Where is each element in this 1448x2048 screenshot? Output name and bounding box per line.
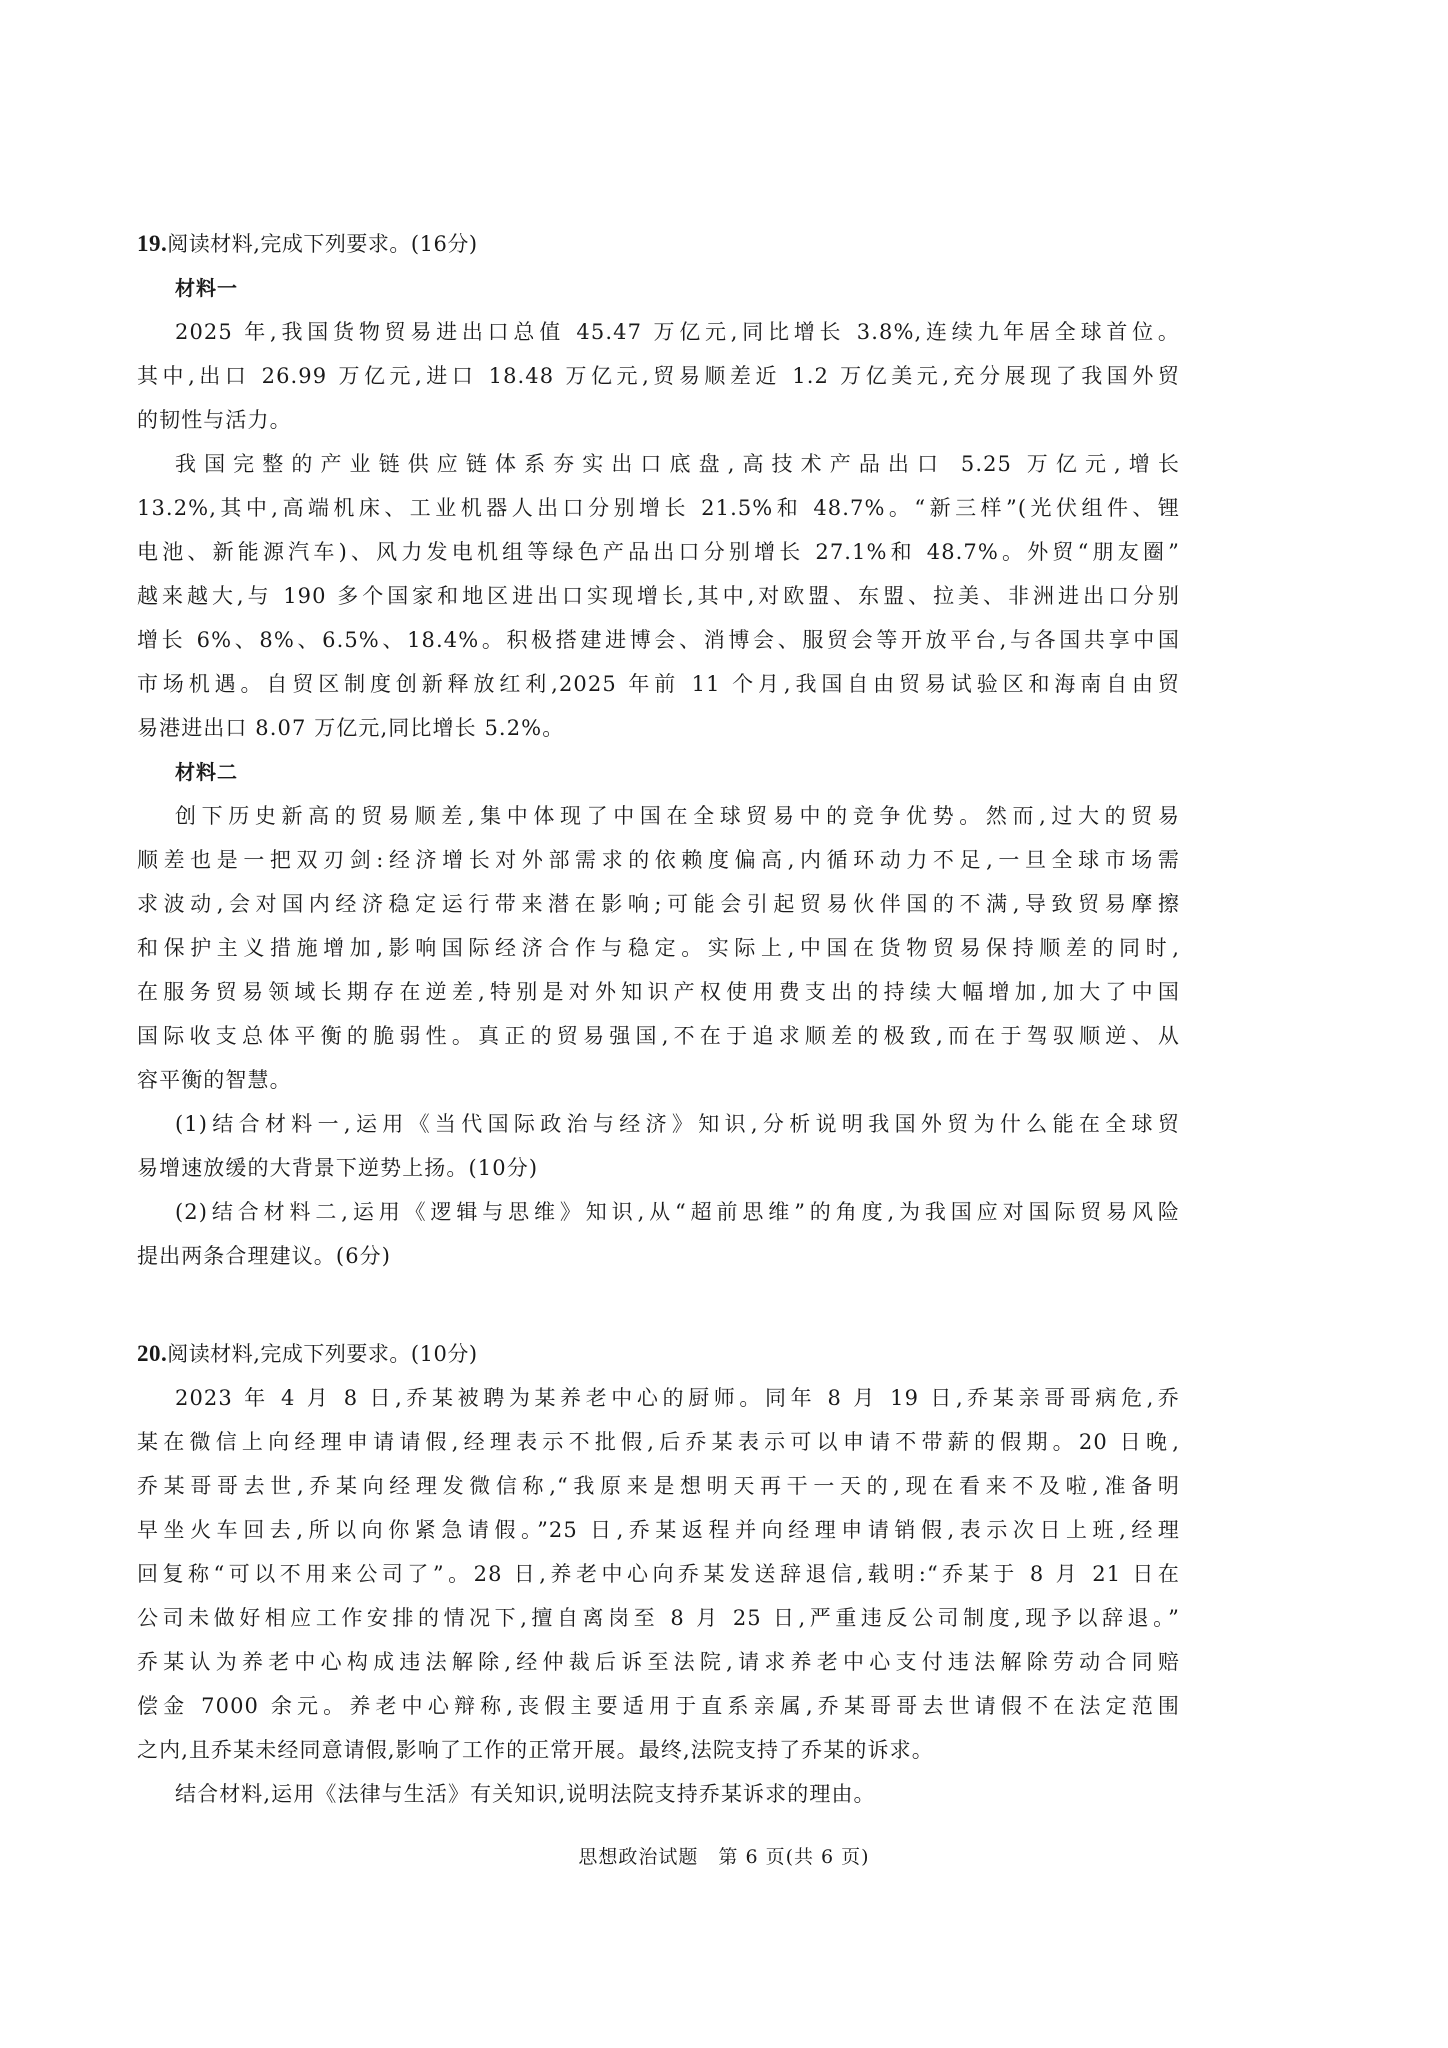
page-footer: 思想政治试题第 6 页(共 6 页) xyxy=(0,1842,1448,1869)
question-number: 19. xyxy=(137,231,167,256)
footer-page-number: 第 6 页(共 6 页) xyxy=(718,1846,869,1868)
text-line: 越来越大,与 190 多个国家和地区进出口实现增长,其中,对欧盟、东盟、拉美、非… xyxy=(137,574,1180,618)
question-20-prompt: 结合材料,运用《法律与生活》有关知识,说明法院支持乔某诉求的理由。 xyxy=(137,1772,1180,1816)
text-line: 2025 年,我国货物贸易进出口总值 45.47 万亿元,同比增长 3.8%,连… xyxy=(137,310,1180,354)
material-2-body: 创下历史新高的贸易顺差,集中体现了中国在全球贸易中的竞争优势。然而,过大的贸易 … xyxy=(137,794,1180,1102)
text-line: 顺差也是一把双刃剑:经济增长对外部需求的依赖度偏高,内循环动力不足,一旦全球市场… xyxy=(137,838,1180,882)
question-20-body: 2023 年 4 月 8 日,乔某被聘为某养老中心的厨师。同年 8 月 19 日… xyxy=(137,1376,1180,1772)
material-1-label: 材料一 xyxy=(137,266,1180,310)
sub-question-2: (2)结合材料二,运用《逻辑与思维》知识,从“超前思维”的角度,为我国应对国际贸… xyxy=(137,1190,1180,1278)
text-line: (2)结合材料二,运用《逻辑与思维》知识,从“超前思维”的角度,为我国应对国际贸… xyxy=(137,1190,1180,1234)
text-line: 国际收支总体平衡的脆弱性。真正的贸易强国,不在于追求顺差的极致,而在于驾驭顺逆、… xyxy=(137,1014,1180,1058)
material-2-label: 材料二 xyxy=(137,750,1180,794)
text-line: 回复称“可以不用来公司了”。28 日,养老中心向乔某发送辞退信,载明:“乔某于 … xyxy=(137,1552,1180,1596)
text-line: 增长 6%、8%、6.5%、18.4%。积极搭建进博会、消博会、服贸会等开放平台… xyxy=(137,618,1180,662)
text-line: 易增速放缓的大背景下逆势上扬。(10分) xyxy=(137,1146,1180,1190)
text-line: 早坐火车回去,所以向你紧急请假。”25 日,乔某返程并向经理申请销假,表示次日上… xyxy=(137,1508,1180,1552)
sub-question-1: (1)结合材料一,运用《当代国际政治与经济》知识,分析说明我国外贸为什么能在全球… xyxy=(137,1102,1180,1190)
footer-subject: 思想政治试题 xyxy=(578,1846,698,1868)
text-line: 电池、新能源汽车)、风力发电机组等绿色产品出口分别增长 27.1%和 48.7%… xyxy=(137,530,1180,574)
text-line: 我国完整的产业链供应链体系夯实出口底盘,高技术产品出口 5.25 万亿元,增长 xyxy=(137,442,1180,486)
question-19-title: 19.阅读材料,完成下列要求。(16分) xyxy=(137,222,1180,266)
text-line: 求波动,会对国内经济稳定运行带来潜在影响;可能会引起贸易伙伴国的不满,导致贸易摩… xyxy=(137,882,1180,926)
text-line: 容平衡的智慧。 xyxy=(137,1058,1180,1102)
text-line: 之内,且乔某未经同意请假,影响了工作的正常开展。最终,法院支持了乔某的诉求。 xyxy=(137,1728,1180,1772)
material-1-body: 2025 年,我国货物贸易进出口总值 45.47 万亿元,同比增长 3.8%,连… xyxy=(137,310,1180,750)
text-line: 乔某哥哥去世,乔某向经理发微信称,“我原来是想明天再干一天的,现在看来不及啦,准… xyxy=(137,1464,1180,1508)
text-line: 在服务贸易领域长期存在逆差,特别是对外知识产权使用费支出的持续大幅增加,加大了中… xyxy=(137,970,1180,1014)
question-20-title: 20.阅读材料,完成下列要求。(10分) xyxy=(137,1332,1180,1376)
text-line: 偿金 7000 余元。养老中心辩称,丧假主要适用于直系亲属,乔某哥哥去世请假不在… xyxy=(137,1684,1180,1728)
text-line: 乔某认为养老中心构成违法解除,经仲裁后诉至法院,请求养老中心支付违法解除劳动合同… xyxy=(137,1640,1180,1684)
text-line: 提出两条合理建议。(6分) xyxy=(137,1234,1180,1278)
text-line: 创下历史新高的贸易顺差,集中体现了中国在全球贸易中的竞争优势。然而,过大的贸易 xyxy=(137,794,1180,838)
text-line: (1)结合材料一,运用《当代国际政治与经济》知识,分析说明我国外贸为什么能在全球… xyxy=(137,1102,1180,1146)
text-line: 和保护主义措施增加,影响国际经济合作与稳定。实际上,中国在货物贸易保持顺差的同时… xyxy=(137,926,1180,970)
text-line: 2023 年 4 月 8 日,乔某被聘为某养老中心的厨师。同年 8 月 19 日… xyxy=(137,1376,1180,1420)
question-number: 20. xyxy=(137,1341,167,1366)
text-line: 易港进出口 8.07 万亿元,同比增长 5.2%。 xyxy=(137,706,1180,750)
exam-page: 19.阅读材料,完成下列要求。(16分) 材料一 2025 年,我国货物贸易进出… xyxy=(137,222,1180,1816)
text-line: 市场机遇。自贸区制度创新释放红利,2025 年前 11 个月,我国自由贸易试验区… xyxy=(137,662,1180,706)
text-line: 公司未做好相应工作安排的情况下,擅自离岗至 8 月 25 日,严重违反公司制度,… xyxy=(137,1596,1180,1640)
text-line: 其中,出口 26.99 万亿元,进口 18.48 万亿元,贸易顺差近 1.2 万… xyxy=(137,354,1180,398)
text-line: 13.2%,其中,高端机床、工业机器人出口分别增长 21.5%和 48.7%。“… xyxy=(137,486,1180,530)
text-line: 某在微信上向经理申请请假,经理表示不批假,后乔某表示可以申请不带薪的假期。20 … xyxy=(137,1420,1180,1464)
text-line: 的韧性与活力。 xyxy=(137,398,1180,442)
